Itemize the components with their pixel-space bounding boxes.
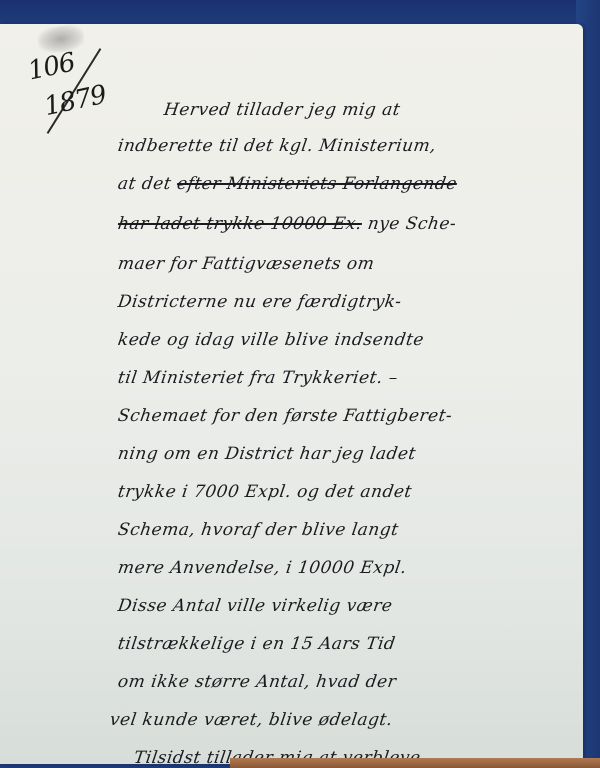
archive-mark: 106 1879 — [22, 42, 112, 142]
letter-line-12: Schema, hvoraf der blive langt — [117, 520, 400, 540]
letter-line-1: Herved tillader jeg mig at — [163, 100, 402, 120]
table-edge — [230, 758, 600, 768]
letter-line-10: ning om en District har jeg ladet — [117, 444, 418, 464]
letter-line-8: til Ministeriet fra Trykkeriet. – — [117, 368, 400, 388]
letter-line-6: Districterne nu ere færdigtryk- — [117, 292, 403, 312]
letter-line-4-struck: har ladet trykke 10000 Ex. — [117, 214, 364, 234]
letter-line-2: indberette til det kgl. Ministerium, — [117, 136, 438, 156]
letter-line-17: vel kunde været, blive ødelagt. — [109, 710, 394, 730]
letter-line-4-suffix: nye Sche- — [360, 214, 457, 234]
letter-line-7: kede og idag ville blive indsendte — [117, 330, 426, 350]
letter-line-9: Schemaet for den første Fattigberet- — [117, 406, 454, 426]
letter-line-3-struck: efter Ministeriets Forlangende — [176, 174, 459, 194]
letter-line-11: trykke i 7000 Expl. og det andet — [117, 482, 414, 502]
archive-year: 1879 — [42, 80, 109, 122]
letter-line-15: tilstrækkelige i en 15 Aars Tid — [117, 634, 397, 654]
letter-line-13: mere Anvendelse, i 10000 Expl. — [117, 558, 408, 578]
letter-line-3: at det efter Ministeriets Forlangende — [117, 174, 459, 194]
archive-number: 106 — [25, 47, 77, 86]
letter-line-3-prefix: at det — [117, 174, 179, 194]
letter-line-4: har ladet trykke 10000 Ex. nye Sche- — [117, 214, 458, 234]
letter-line-16: om ikke større Antal, hvad der — [117, 672, 398, 692]
letter-line-14: Disse Antal ville virkelig være — [117, 596, 394, 616]
letter-line-5: maer for Fattigvæsenets om — [117, 254, 376, 274]
